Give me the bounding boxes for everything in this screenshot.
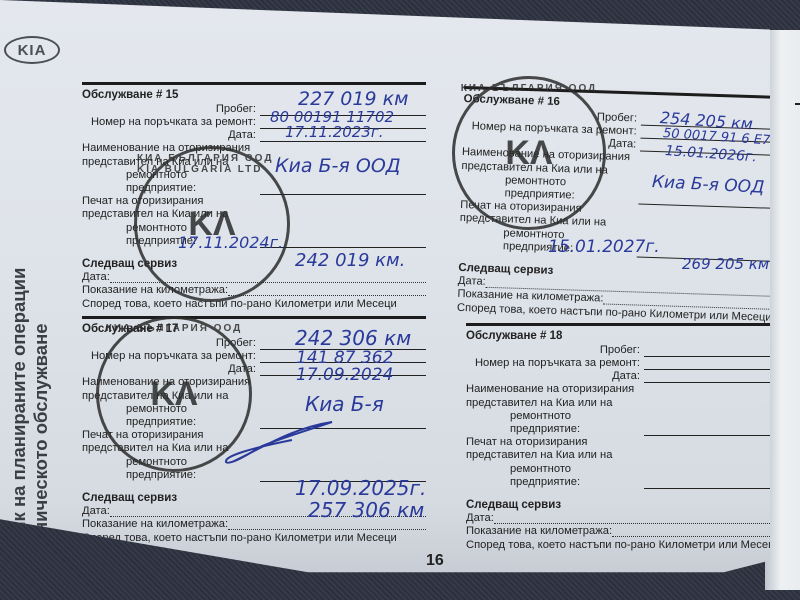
hand-dealer-15: Киа Б-я ООД <box>275 155 401 177</box>
next-page-mark <box>795 103 800 105</box>
whichever-note: Според това, което настъпи по-рано Килом… <box>466 539 800 552</box>
booklet-page: KIA Дневник на планираните операции по т… <box>0 0 770 590</box>
next-odometer-label: Показание на километража: <box>82 518 228 531</box>
dealer-stamp-16: КИА БЪЛГАРИЯ ООД KΛ <box>452 76 606 230</box>
service-title: Обслужване # 18 <box>466 330 800 343</box>
hand-date-17: 17.09.2024 <box>296 365 393 385</box>
section-rule <box>466 323 800 326</box>
kia-stamp-logo-icon: KΛ <box>121 341 227 447</box>
next-date-label: Дата: <box>82 505 110 518</box>
hand-next-date-15: 17.11.2024г. <box>178 233 283 252</box>
kia-stamp-logo-icon: KΛ <box>159 171 265 277</box>
dealer-label-2: представител на Киа или на <box>466 397 644 410</box>
next-odometer-label: Показание на километража: <box>466 525 612 538</box>
hand-next-date-16: 15.01.2027г. <box>548 237 660 257</box>
order-label: Номер на поръчката за ремонт: <box>466 357 644 370</box>
dealer-label-1: Наименование на оторизирания <box>466 383 644 396</box>
next-date-label: Дата: <box>458 275 486 289</box>
page-number: 16 <box>426 552 444 570</box>
stamp-label-2: представител на Киа или на <box>466 449 644 462</box>
date-label: Дата: <box>82 129 260 142</box>
whichever-note: Според това, което настъпи по-рано Килом… <box>82 298 426 311</box>
mileage-label: Пробег: <box>466 344 644 357</box>
date-label: Дата: <box>466 370 644 383</box>
kia-stamp-logo-icon: KΛ <box>477 101 581 205</box>
mileage-label: Пробег: <box>82 103 260 116</box>
dealer-stamp-15: КИА БЪЛГАРИЯ ООД · KIA BULGARIA LTD KΛ <box>134 146 290 302</box>
stamp-label-3: ремонтното предприятие: <box>466 463 644 489</box>
next-date-label: Дата: <box>82 271 110 284</box>
hand-next-odometer-17: 257 306 км <box>308 498 424 522</box>
dealer-label-3: ремонтното предприятие: <box>466 410 644 436</box>
hand-date-15: 17.11.2023г. <box>285 123 384 141</box>
hand-next-date-17: 17.09.2025г. <box>295 476 426 500</box>
section-rule <box>82 82 426 85</box>
kia-logo: KIA <box>4 36 60 64</box>
signature-17 <box>222 418 342 468</box>
order-label: Номер на поръчката за ремонт: <box>82 116 260 129</box>
hand-mileage-17: 242 306 км <box>295 326 411 350</box>
next-page-edge <box>765 30 800 590</box>
next-service-heading: Следващ сервиз <box>466 499 800 512</box>
hand-next-odometer-16: 269 205 км <box>682 255 769 273</box>
service-block-18: Обслужване # 18 Пробег: Номер на поръчка… <box>466 323 800 552</box>
hand-next-odometer-15: 242 019 км. <box>295 250 405 271</box>
hand-mileage-15: 227 019 км <box>298 88 408 110</box>
next-date-field[interactable] <box>494 512 800 524</box>
next-date-label: Дата: <box>466 512 494 525</box>
hand-dealer-17: Киа Б-я <box>305 392 384 416</box>
stamp-label-1: Печат на оторизирания <box>466 436 644 449</box>
